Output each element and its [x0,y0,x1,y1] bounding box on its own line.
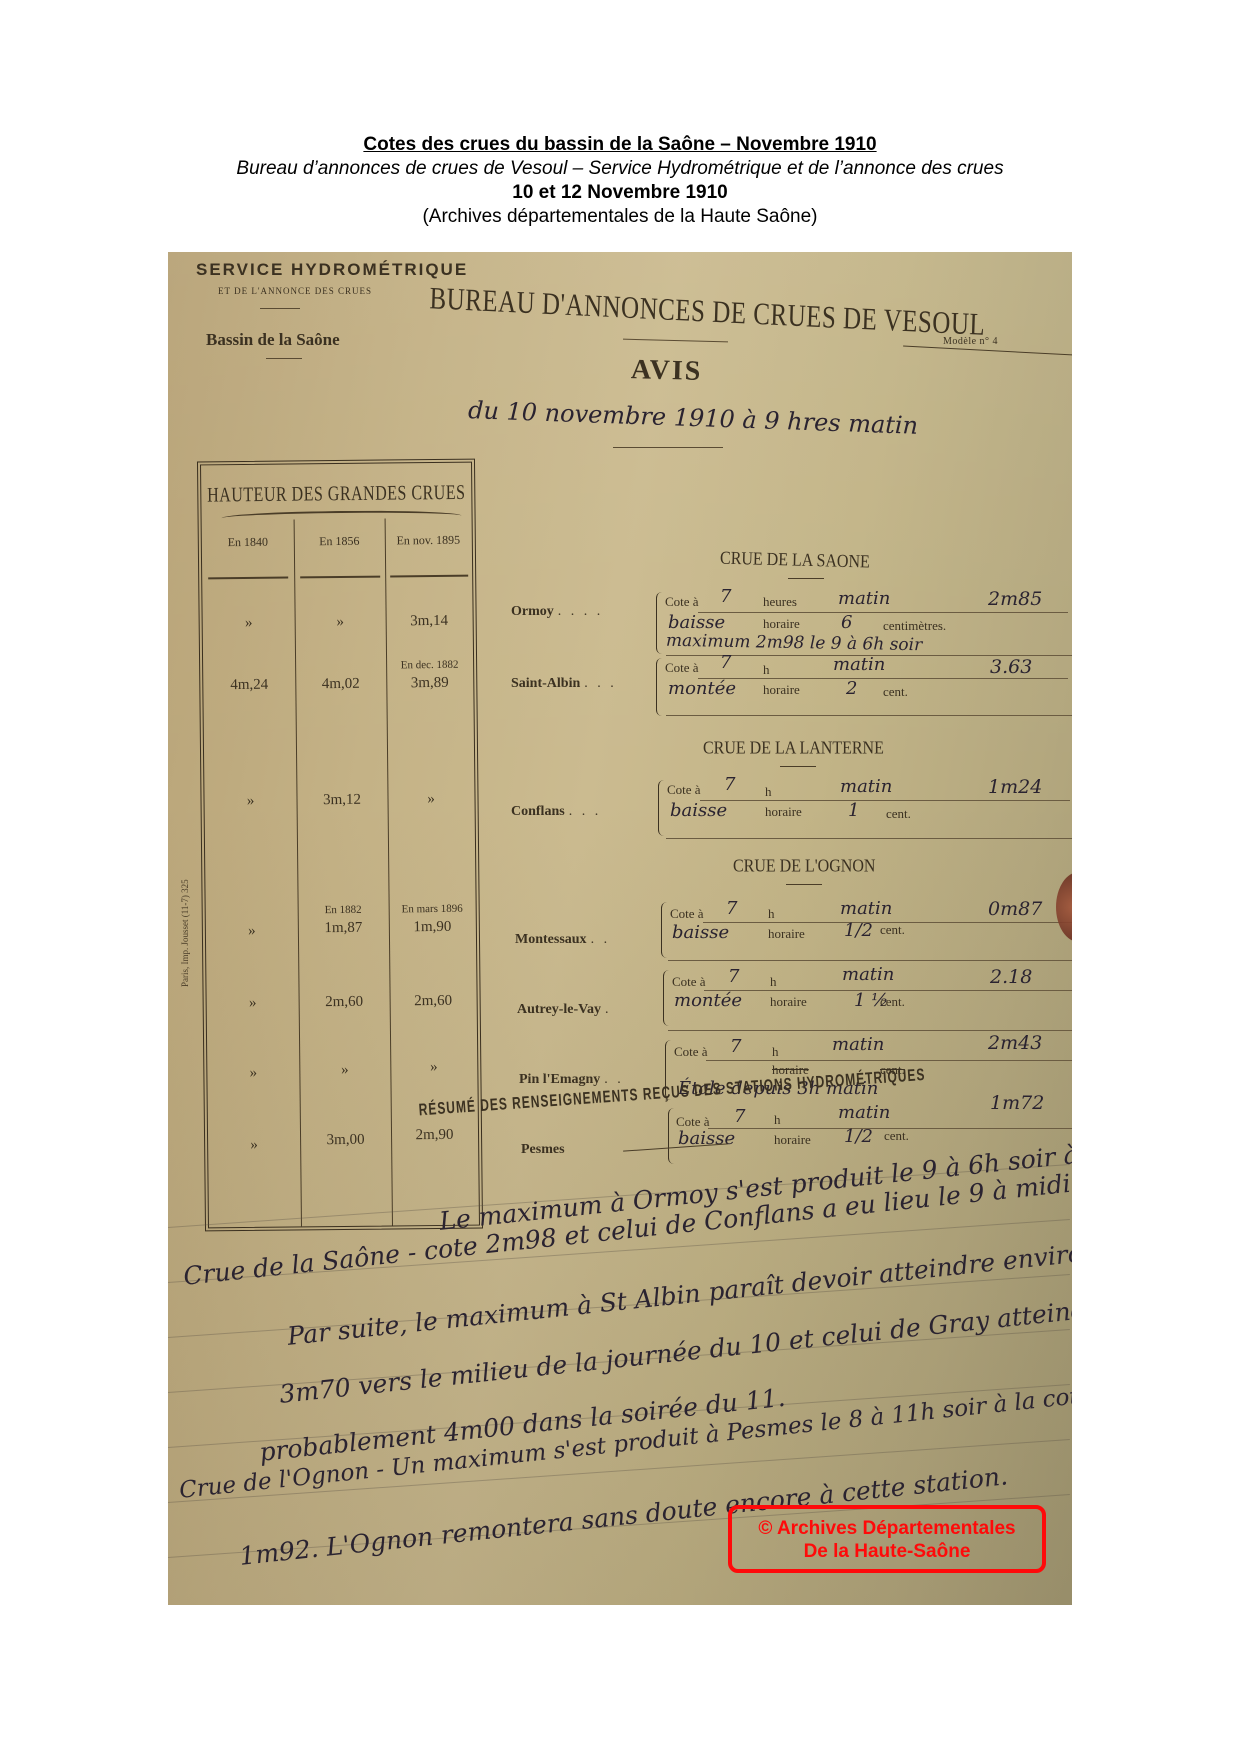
table-cell: » [207,1064,299,1082]
column-header-1840: En 1840 [202,534,294,550]
ruled-line [700,800,1070,801]
cote-label: Cote à [670,906,704,922]
reading-period: matin [833,654,885,675]
divider [786,884,822,885]
reading-period: matin [838,588,890,609]
cent-label: cent. [883,684,908,700]
service-title: SERVICE HYDROMÉTRIQUE [196,260,468,280]
reading-rate: 1 [848,800,859,821]
copyright-watermark: © Archives Départementales De la Haute-S… [728,1505,1046,1573]
hour-abbrev-label: h [765,784,772,800]
reading-rate: 1/2 [844,920,873,941]
reading-extra-note: maximum 2m98 le 9 à 6h soir [666,631,923,655]
reading-value: 2.18 [990,966,1032,988]
ruled-line [666,838,1072,839]
reading-hour: 7 [730,1036,741,1057]
ruled-line [706,1060,1072,1061]
brace [656,658,665,716]
station-label: Ormoy [511,604,554,619]
hourly-label: horaire [763,682,800,698]
reading-trend: baisse [672,922,729,943]
reading-hour: 7 [720,586,731,607]
hourly-label: horaire [768,926,805,942]
table-cell-note: En mars 1896 [389,903,476,916]
hour-abbrev-label: h [763,662,770,678]
hourly-label: horaire [770,994,807,1010]
brace [656,592,665,654]
reading-period: matin [842,964,894,985]
reading-period: matin [840,898,892,919]
station-pesmes: Pesmes [521,1142,565,1158]
table-cell-note: En 1882 [298,903,389,916]
reading-hour: 7 [734,1106,745,1127]
bassin-label: Bassin de la Saône [206,330,340,350]
station-label: Saint-Albin [511,676,580,691]
section-title-saone: CRUE DE LA SAONE [720,549,870,574]
divider [613,447,723,448]
reading-hour: 7 [724,774,735,795]
cent-label: cent. [880,922,905,938]
reading-value: 1m72 [990,1092,1044,1114]
page-header-subtitle: Bureau d’annonces de crues de Vesoul – S… [0,157,1240,181]
table-cell: 4m,02 [295,676,386,694]
station-label: Autrey-le-Vay [517,1002,601,1017]
reading-value: 3.63 [990,656,1032,678]
watermark-line2: De la Haute-Saône [732,1540,1042,1563]
reading-trend: baisse [668,612,725,633]
hourly-label: horaire [765,804,802,820]
reading-trend: montée [674,990,742,1011]
hour-abbrev-label: h [774,1112,781,1128]
station-saint-albin: Saint-Albin. . . [511,676,617,692]
cote-label: Cote à [674,1044,708,1060]
column-header-1895: En nov. 1895 [385,533,472,549]
table-cell: 3m,00 [300,1131,391,1149]
table-cell: 3m,89 [386,675,473,693]
table-cell: » [387,791,474,809]
table-cell: 4m,24 [203,676,295,694]
reading-period: matin [832,1034,884,1055]
cote-label: Cote à [665,660,699,676]
brace [661,902,670,958]
ruled-line [668,960,1072,961]
reading-period: matin [838,1102,890,1123]
hour-abbrev-label: h [772,1044,779,1060]
page-header-title: Cotes des crues du bassin de la Saône – … [0,133,1240,157]
service-subtitle: ET DE L'ANNONCE DES CRUES [218,286,372,296]
station-label: Pin l'Emagny [519,1072,600,1087]
station-label: Pesmes [521,1142,565,1157]
table-cell: » [299,1061,390,1079]
divider [222,510,462,523]
station-conflans: Conflans. . . [511,804,601,820]
cote-label: Cote à [672,974,706,990]
table-cell: » [390,1059,477,1077]
column-header-1856: En 1856 [294,534,385,550]
hourly-label: horaire [774,1132,811,1148]
station-label: Conflans [511,804,565,819]
reading-value: 2m43 [988,1032,1042,1054]
reading-trend: baisse [670,800,727,821]
ruled-line [698,678,1068,679]
divider [903,346,1072,356]
brace [663,970,672,1026]
centimetres-label: centimètres. [883,618,946,634]
ruled-line [698,612,1068,613]
divider [780,766,816,767]
divider [623,339,728,343]
hours-label: heures [763,594,797,610]
table-cell: » [203,614,295,632]
ruled-line [666,715,1072,716]
divider [208,577,288,580]
station-pin-l-emagny: Pin l'Emagny. . [519,1072,624,1088]
section-title-lanterne: CRUE DE LA LANTERNE [703,739,884,760]
table-cell: 3m,14 [386,613,473,631]
table-cell: » [295,614,386,632]
page-header-dates: 10 et 12 Novembre 1910 [0,181,1240,205]
reading-rate: 1/2 [844,1126,873,1147]
table-cell: 2m,60 [299,993,390,1011]
reading-value: 1m24 [988,776,1042,798]
reading-value: 0m87 [988,898,1042,920]
reading-value: 2m85 [988,588,1042,610]
divider [390,575,468,578]
table-cell: » [208,1136,300,1154]
watermark-line1: © Archives Départementales [732,1517,1042,1540]
cote-label: Cote à [665,594,699,610]
reading-hour: 7 [728,966,739,987]
table-cell: » [206,922,298,940]
archive-document-photo: SERVICE HYDROMÉTRIQUE ET DE L'ANNONCE DE… [168,252,1072,1605]
bureau-title: BUREAU D'ANNONCES DE CRUES DE VESOUL [429,282,986,344]
reading-period: matin [840,776,892,797]
avis-heading: AVIS [631,354,703,388]
hour-abbrev-label: h [770,974,777,990]
table-cell: » [207,994,299,1012]
section-title-ognon: CRUE DE L'OGNON [733,857,875,878]
reading-hour: 7 [726,898,737,919]
station-montessaux: Montessaux. . [515,932,610,948]
page-header-source: (Archives départementales de la Haute Sa… [0,205,1240,229]
station-label: Montessaux [515,932,587,947]
station-autrey-le-vay: Autrey-le-Vay. [517,1002,612,1018]
cote-label: Cote à [667,782,701,798]
ruled-line [668,1030,1072,1031]
thumb-shadow [1056,872,1072,942]
cent-label: cent. [884,1128,909,1144]
divider [788,578,824,579]
table-cell: 2m,60 [390,993,477,1011]
form-model-number: Modèle n° 4 [943,336,998,347]
table-cell: » [204,792,296,810]
printer-imprint: Paris, Imp. Jousset (11-7) 325 [180,879,190,987]
table-cell: 2m,90 [391,1127,478,1145]
reading-trend: montée [668,678,736,699]
reading-rate: 2 [846,678,857,699]
table-cell: 3m,12 [296,792,387,810]
station-ormoy: Ormoy. . . . [511,604,603,620]
table-cell: 1m,87 [298,919,389,937]
divider [260,308,300,309]
divider [266,358,302,359]
divider [300,576,380,579]
cent-label: cent. [886,806,911,822]
table-cell: 1m,90 [389,919,476,937]
avis-date-handwritten: du 10 novembre 1910 à 9 hres matin [468,396,919,440]
reading-rate: 6 [841,612,852,633]
hourly-label: horaire [763,616,800,632]
hour-abbrev-label: h [768,906,775,922]
historic-table-title: HAUTEUR DES GRANDES CRUES [201,482,471,508]
cent-label: cent. [880,994,905,1010]
reading-hour: 7 [720,652,731,673]
table-cell-note: En dec. 1882 [386,659,473,672]
brace [658,780,667,836]
